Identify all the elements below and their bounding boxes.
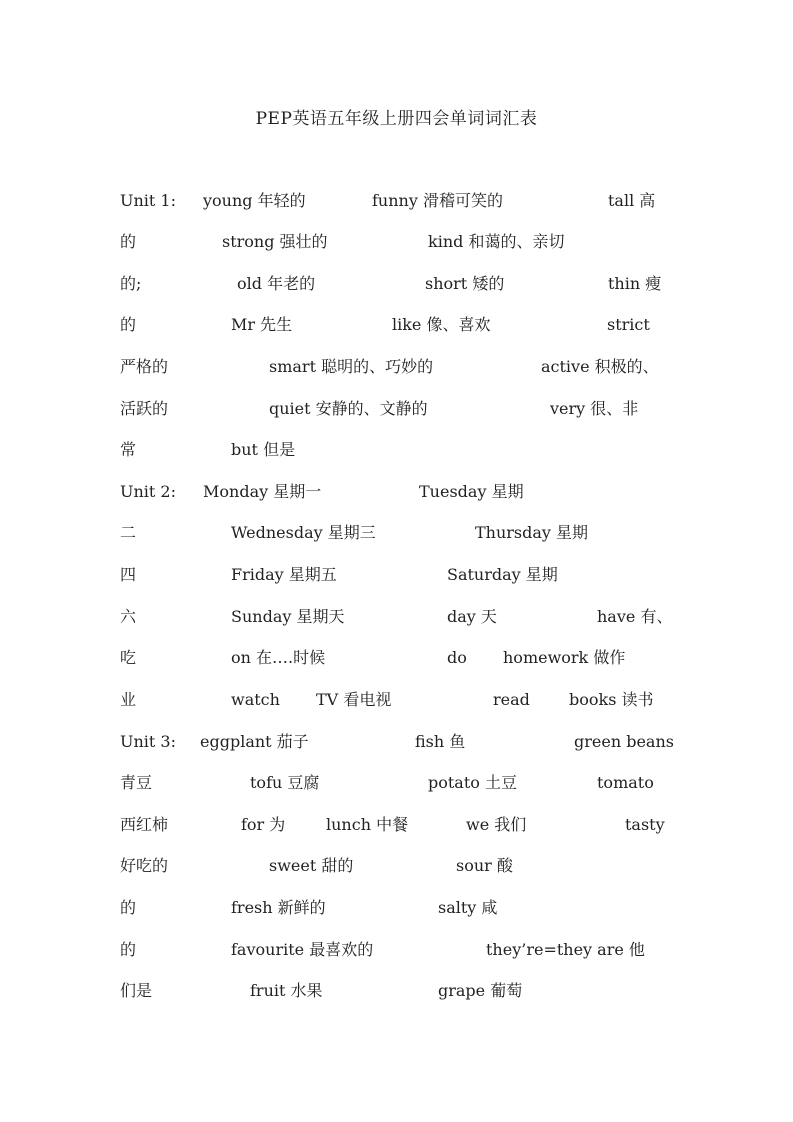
vocab-entry: 西红柿 — [120, 813, 168, 837]
vocab-entry: day 天 — [447, 605, 497, 629]
page-title: PEP英语五年级上册四会单词词汇表 — [0, 104, 793, 129]
vocab-entry: Saturday 星期 — [447, 563, 558, 587]
vocab-entry: very 很、非 — [550, 397, 638, 421]
vocab-line: 业watchTV 看电视readbooks 读书 — [0, 688, 793, 712]
vocab-line: 的fresh 新鲜的salty 咸 — [0, 896, 793, 920]
vocab-entry: sour 酸 — [456, 854, 513, 878]
vocab-line: 们是fruit 水果grape 葡萄 — [0, 979, 793, 1003]
vocab-entry: books 读书 — [569, 688, 654, 712]
vocab-entry: lunch 中餐 — [326, 813, 408, 837]
vocab-entry: 六 — [120, 605, 136, 629]
vocab-entry: favourite 最喜欢的 — [231, 938, 373, 962]
vocab-entry: 业 — [120, 688, 136, 712]
vocab-entry: potato 土豆 — [428, 771, 517, 795]
vocab-entry: 的; — [120, 272, 141, 296]
vocab-line: Unit 2:Monday 星期一Tuesday 星期 — [0, 480, 793, 504]
vocab-entry: Thursday 星期 — [475, 521, 588, 545]
vocab-entry: funny 滑稽可笑的 — [372, 189, 503, 213]
vocab-entry: 的 — [120, 896, 136, 920]
vocab-entry: smart 聪明的、巧妙的 — [269, 355, 433, 379]
vocab-entry: 们是 — [120, 979, 152, 1003]
vocab-line: 的favourite 最喜欢的they’re=they are 他 — [0, 938, 793, 962]
vocab-entry: 常 — [120, 438, 136, 462]
vocab-entry: but 但是 — [231, 438, 295, 462]
vocab-entry: tofu 豆腐 — [250, 771, 319, 795]
vocab-entry: TV 看电视 — [316, 688, 391, 712]
vocab-entry: 好吃的 — [120, 854, 168, 878]
vocab-entry: tasty — [625, 813, 665, 837]
vocab-entry: 二 — [120, 521, 136, 545]
vocab-entry: we 我们 — [466, 813, 526, 837]
vocab-entry: 严格的 — [120, 355, 168, 379]
vocab-entry: Mr 先生 — [231, 313, 292, 337]
vocab-entry: tomato — [597, 771, 654, 795]
vocab-entry: Sunday 星期天 — [231, 605, 344, 629]
vocab-entry: do — [447, 646, 467, 670]
vocab-line: 西红柿for 为lunch 中餐we 我们tasty — [0, 813, 793, 837]
vocab-entry: thin 瘦 — [608, 272, 661, 296]
vocab-line: 严格的smart 聪明的、巧妙的active 积极的、 — [0, 355, 793, 379]
vocab-entry: active 积极的、 — [541, 355, 659, 379]
vocab-line: Unit 1:young 年轻的funny 滑稽可笑的tall 高 — [0, 189, 793, 213]
vocab-entry: 活跃的 — [120, 397, 168, 421]
vocab-entry: 青豆 — [120, 771, 152, 795]
vocab-entry: read — [493, 688, 530, 712]
vocab-entry: have 有、 — [597, 605, 672, 629]
vocab-entry: like 像、喜欢 — [392, 313, 491, 337]
vocab-entry: strong 强壮的 — [222, 230, 328, 254]
vocab-entry: green beans — [574, 730, 674, 754]
vocab-entry: 吃 — [120, 646, 136, 670]
vocab-entry: salty 咸 — [438, 896, 497, 920]
vocab-line: Unit 3:eggplant 茄子fish 鱼green beans — [0, 730, 793, 754]
vocab-entry: homework 做作 — [503, 646, 625, 670]
vocab-entry: watch — [231, 688, 280, 712]
vocab-line: 吃on 在….时候dohomework 做作 — [0, 646, 793, 670]
vocab-entry: Friday 星期五 — [231, 563, 337, 587]
vocab-line: 活跃的quiet 安静的、文静的very 很、非 — [0, 397, 793, 421]
unit-heading: Unit 2: — [120, 480, 176, 504]
vocab-entry: Monday 星期一 — [203, 480, 321, 504]
vocab-entry: strict — [607, 313, 650, 337]
vocab-line: 二Wednesday 星期三Thursday 星期 — [0, 521, 793, 545]
vocab-line: 的Mr 先生like 像、喜欢strict — [0, 313, 793, 337]
vocab-entry: young 年轻的 — [203, 189, 306, 213]
vocab-entry: eggplant 茄子 — [200, 730, 309, 754]
vocab-entry: 的 — [120, 313, 136, 337]
unit-heading: Unit 3: — [120, 730, 176, 754]
vocab-line: 常but 但是 — [0, 438, 793, 462]
vocab-entry: fish 鱼 — [415, 730, 465, 754]
vocab-entry: kind 和蔼的、亲切 — [428, 230, 564, 254]
vocab-entry: short 矮的 — [425, 272, 504, 296]
vocab-entry: on 在….时候 — [231, 646, 325, 670]
unit-heading: Unit 1: — [120, 189, 176, 213]
vocab-entry: Tuesday 星期 — [419, 480, 524, 504]
vocab-entry: for 为 — [241, 813, 285, 837]
vocab-entry: quiet 安静的、文静的 — [269, 397, 428, 421]
vocab-line: 六Sunday 星期天day 天have 有、 — [0, 605, 793, 629]
vocab-entry: old 年老的 — [237, 272, 315, 296]
vocab-line: 的;old 年老的short 矮的thin 瘦 — [0, 272, 793, 296]
vocab-line: 四Friday 星期五Saturday 星期 — [0, 563, 793, 587]
vocab-entry: they’re=they are 他 — [486, 938, 645, 962]
vocab-entry: sweet 甜的 — [269, 854, 353, 878]
vocab-line: 的strong 强壮的kind 和蔼的、亲切 — [0, 230, 793, 254]
vocab-entry: fresh 新鲜的 — [231, 896, 326, 920]
vocab-entry: Wednesday 星期三 — [231, 521, 376, 545]
vocab-entry: grape 葡萄 — [438, 979, 522, 1003]
vocab-entry: tall 高 — [608, 189, 655, 213]
vocab-entry: fruit 水果 — [250, 979, 323, 1003]
vocab-line: 好吃的sweet 甜的sour 酸 — [0, 854, 793, 878]
vocab-line: 青豆tofu 豆腐potato 土豆tomato — [0, 771, 793, 795]
vocab-entry: 的 — [120, 938, 136, 962]
vocab-entry: 四 — [120, 563, 136, 587]
vocab-entry: 的 — [120, 230, 136, 254]
